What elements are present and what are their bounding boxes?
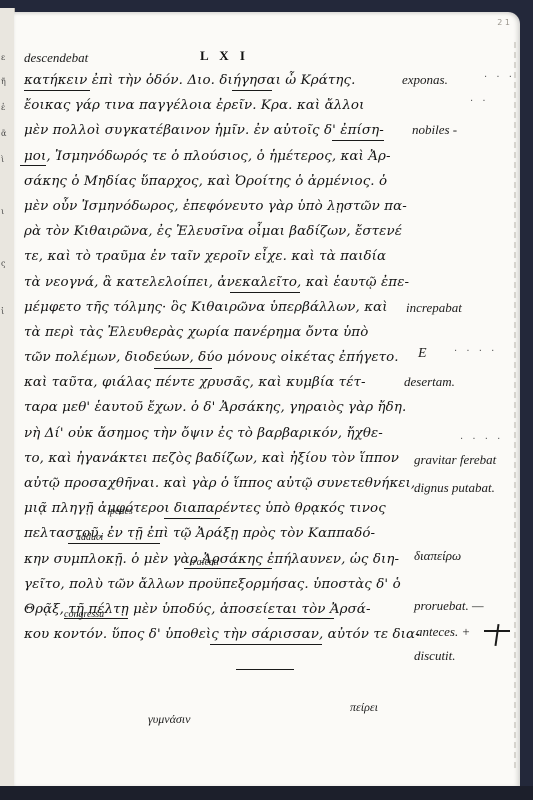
underline-mark: [24, 90, 90, 91]
text-line: τὰ περὶ τὰς Ἐλευθερὰς χωρία πανέρημα ὄντ…: [24, 320, 404, 345]
underline-mark: [268, 618, 334, 619]
underline-mark: [154, 368, 212, 369]
text-line: τε, καὶ τὸ τραῦμα ἐν ταῖν χεροῖν εἶχε. κ…: [24, 244, 404, 269]
catchword: πείρει: [350, 700, 378, 715]
prev-page-fragment: ῆ: [1, 78, 6, 86]
speck-marks: · · · ·: [454, 346, 497, 357]
page-edge-shadow: [514, 42, 516, 772]
text-line: σάκης ὁ Μηδίας ὕπαρχος, καὶ Ὀροίτης ὁ ἀρ…: [24, 169, 404, 194]
margin-note: διαπείρω: [414, 548, 461, 564]
prev-page-fragment: ι: [1, 208, 4, 216]
interlinear-note: descendebat: [24, 50, 88, 66]
folio-mark: 2 1: [497, 18, 510, 27]
underline-mark: [164, 518, 220, 519]
printed-text-block: κατήκειν ἐπὶ τὴν ὁδόν. Διο. διήγησαι ὦ Κ…: [24, 68, 404, 647]
text-line: γεῖτο, πολὺ τῶν ἄλλων προϋπεξορμήσας. ὑπ…: [24, 572, 404, 597]
text-line: τὰ νεογνά, ἃ κατελελοίπει, ἀνεκαλεῖτο, κ…: [24, 270, 404, 295]
text-line: ρὰ τὸν Κιθαιρῶνα, ἐς Ἐλευσῖνα οἶμαι βαδί…: [24, 219, 404, 244]
running-head: L X I: [200, 48, 249, 64]
underline-mark: [184, 568, 272, 569]
underline-mark: [230, 292, 300, 293]
margin-note: anteces. +: [416, 624, 470, 640]
text-line: μὲν οὖν Ἰσμηνόδωρος, ἐπεφόνευτο γὰρ ὑπὸ …: [24, 194, 404, 219]
text-line: το, καὶ ἠγανάκτει πεζὸς βαδίζων, καὶ ἠξί…: [24, 446, 404, 471]
underline-mark: [232, 90, 272, 91]
margin-note: increpabat: [406, 300, 462, 316]
underline-mark: [236, 669, 294, 670]
text-line: νὴ Δί' οὐκ ἄσημος τὴν ὄψιν ἐς τὸ βαρβαρι…: [24, 421, 404, 446]
margin-note: proruebat. —: [414, 598, 484, 614]
margin-note: exponas.: [402, 72, 448, 88]
underline-mark: [64, 618, 128, 619]
cross-mark-icon: [484, 624, 510, 646]
underline-mark: [210, 644, 322, 645]
text-line: μοι, Ἰσμηνόδωρός τε ὁ πλούσιος, ὁ ἡμέτερ…: [24, 144, 404, 169]
book-page: 2 1 L X I descendebat pedes adduci traie…: [14, 12, 520, 787]
underline-mark: [20, 165, 46, 166]
prev-page-fragment: ἐ: [1, 104, 5, 112]
prev-page-fragment: ε: [1, 54, 5, 62]
prev-page-fragment: ᾶ: [1, 130, 6, 138]
previous-page-edge: ε ῆ ἐ ᾶ ὶ ι ς ἰ: [0, 8, 15, 788]
margin-note: E: [418, 346, 427, 362]
margin-note: desertam.: [404, 374, 455, 390]
text-line: αὐτῷ προσαχθῆναι. καὶ γὰρ ὁ ἵππος αὐτῷ σ…: [24, 471, 404, 496]
text-line: ταρα μεθ' ἑαυτοῦ ἔχων. ὁ δ' Ἀρσάκης, γηρ…: [24, 395, 404, 420]
margin-note: discutit.: [414, 648, 456, 664]
prev-page-fragment: ὶ: [1, 156, 4, 164]
interlinear-note: γυμνάσιν: [148, 712, 190, 727]
speck-marks: · · ·: [484, 72, 515, 83]
prev-page-fragment: ς: [1, 260, 5, 268]
underline-mark: [68, 543, 160, 544]
speck-marks: · · · ·: [460, 434, 503, 445]
underline-mark: [332, 140, 384, 141]
text-line: καὶ ταῦτα, φιάλας πέντε χρυσᾶς, καὶ κυμβ…: [24, 370, 404, 395]
prev-page-fragment: ἰ: [1, 308, 4, 316]
margin-note: gravitar ferebat: [414, 452, 496, 468]
speck-marks: · ·: [470, 96, 489, 107]
text-line: τῶν πολέμων, διοδεύων, δύο μόνους οἰκέτα…: [24, 345, 404, 370]
margin-note: nobiles -: [412, 122, 457, 138]
text-line: μέμφετο τῆς τόλμης· ὃς Κιθαιρῶνα ὑπερβάλ…: [24, 295, 404, 320]
scan-bottom-edge: [0, 786, 533, 800]
margin-note: dignus putabat.: [414, 480, 495, 496]
text-line: ἔοικας γάρ τινα παγγέλοια ἐρεῖν. Κρα. κα…: [24, 93, 404, 118]
